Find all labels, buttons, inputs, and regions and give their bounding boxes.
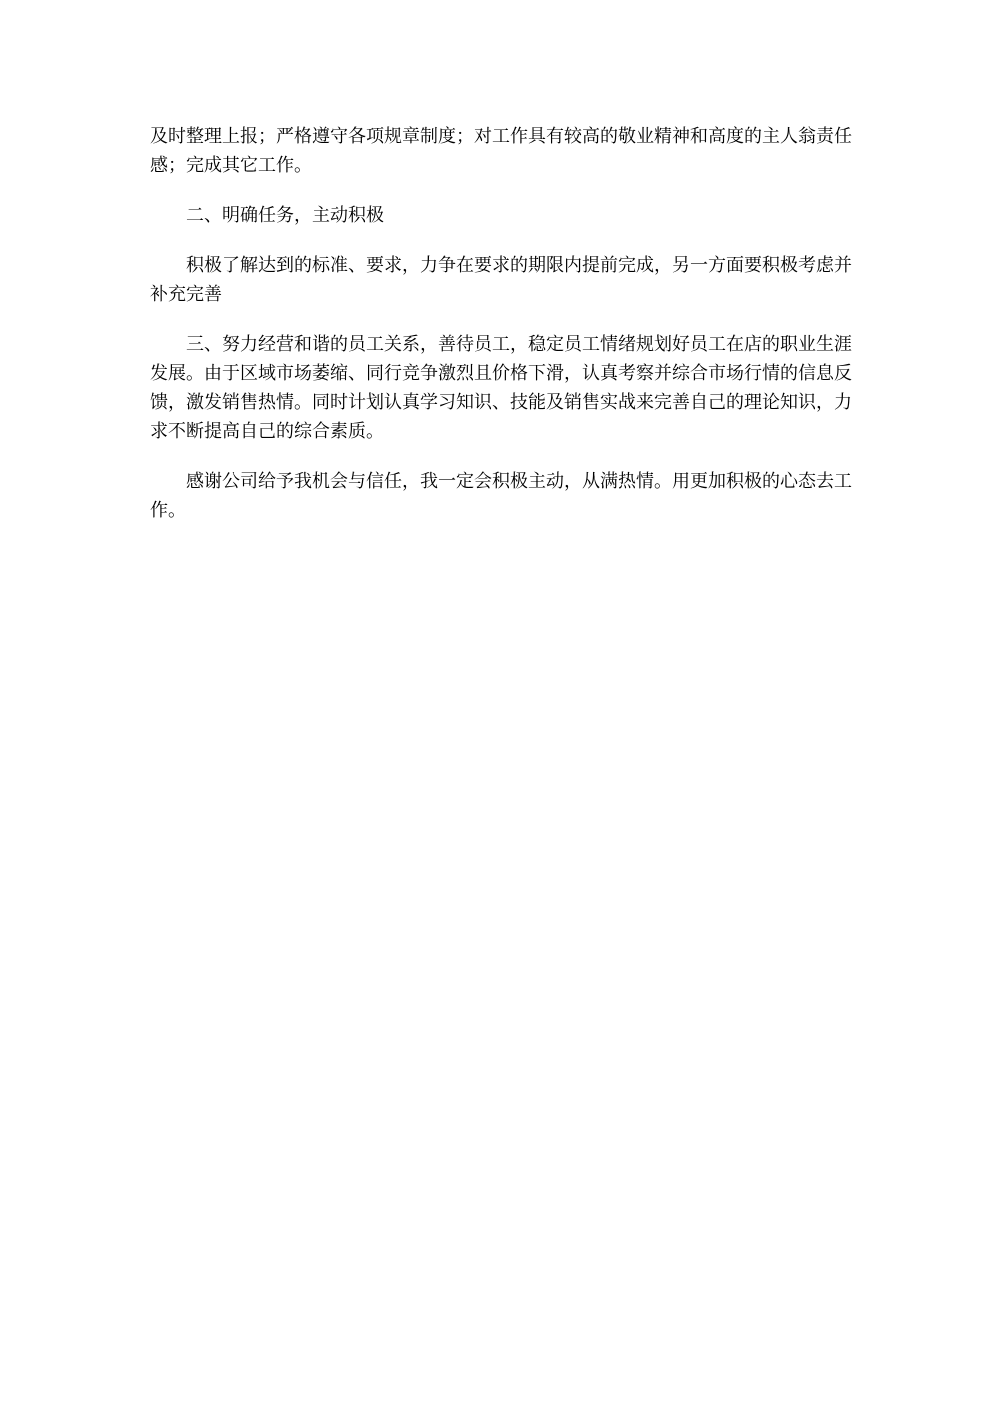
paragraph-continuation: 及时整理上报；严格遵守各项规章制度；对工作具有较高的敬业精神和高度的主人翁责任感…	[150, 122, 852, 180]
paragraph-heading-2: 二、明确任务，主动积极	[150, 201, 852, 230]
document-page: 及时整理上报；严格遵守各项规章制度；对工作具有较高的敬业精神和高度的主人翁责任感…	[0, 0, 1000, 1415]
paragraph-heading-3: 三、努力经营和谐的员工关系，善待员工，稳定员工情绪规划好员工在店的职业生涯发展。…	[150, 330, 852, 446]
document-text-block: 及时整理上报；严格遵守各项规章制度；对工作具有较高的敬业精神和高度的主人翁责任感…	[150, 122, 852, 546]
paragraph-body-2: 积极了解达到的标准、要求，力争在要求的期限内提前完成，另一方面要积极考虑并补充完…	[150, 251, 852, 309]
paragraph-closing: 感谢公司给予我机会与信任，我一定会积极主动，从满热情。用更加积极的心态去工作。	[150, 467, 852, 525]
